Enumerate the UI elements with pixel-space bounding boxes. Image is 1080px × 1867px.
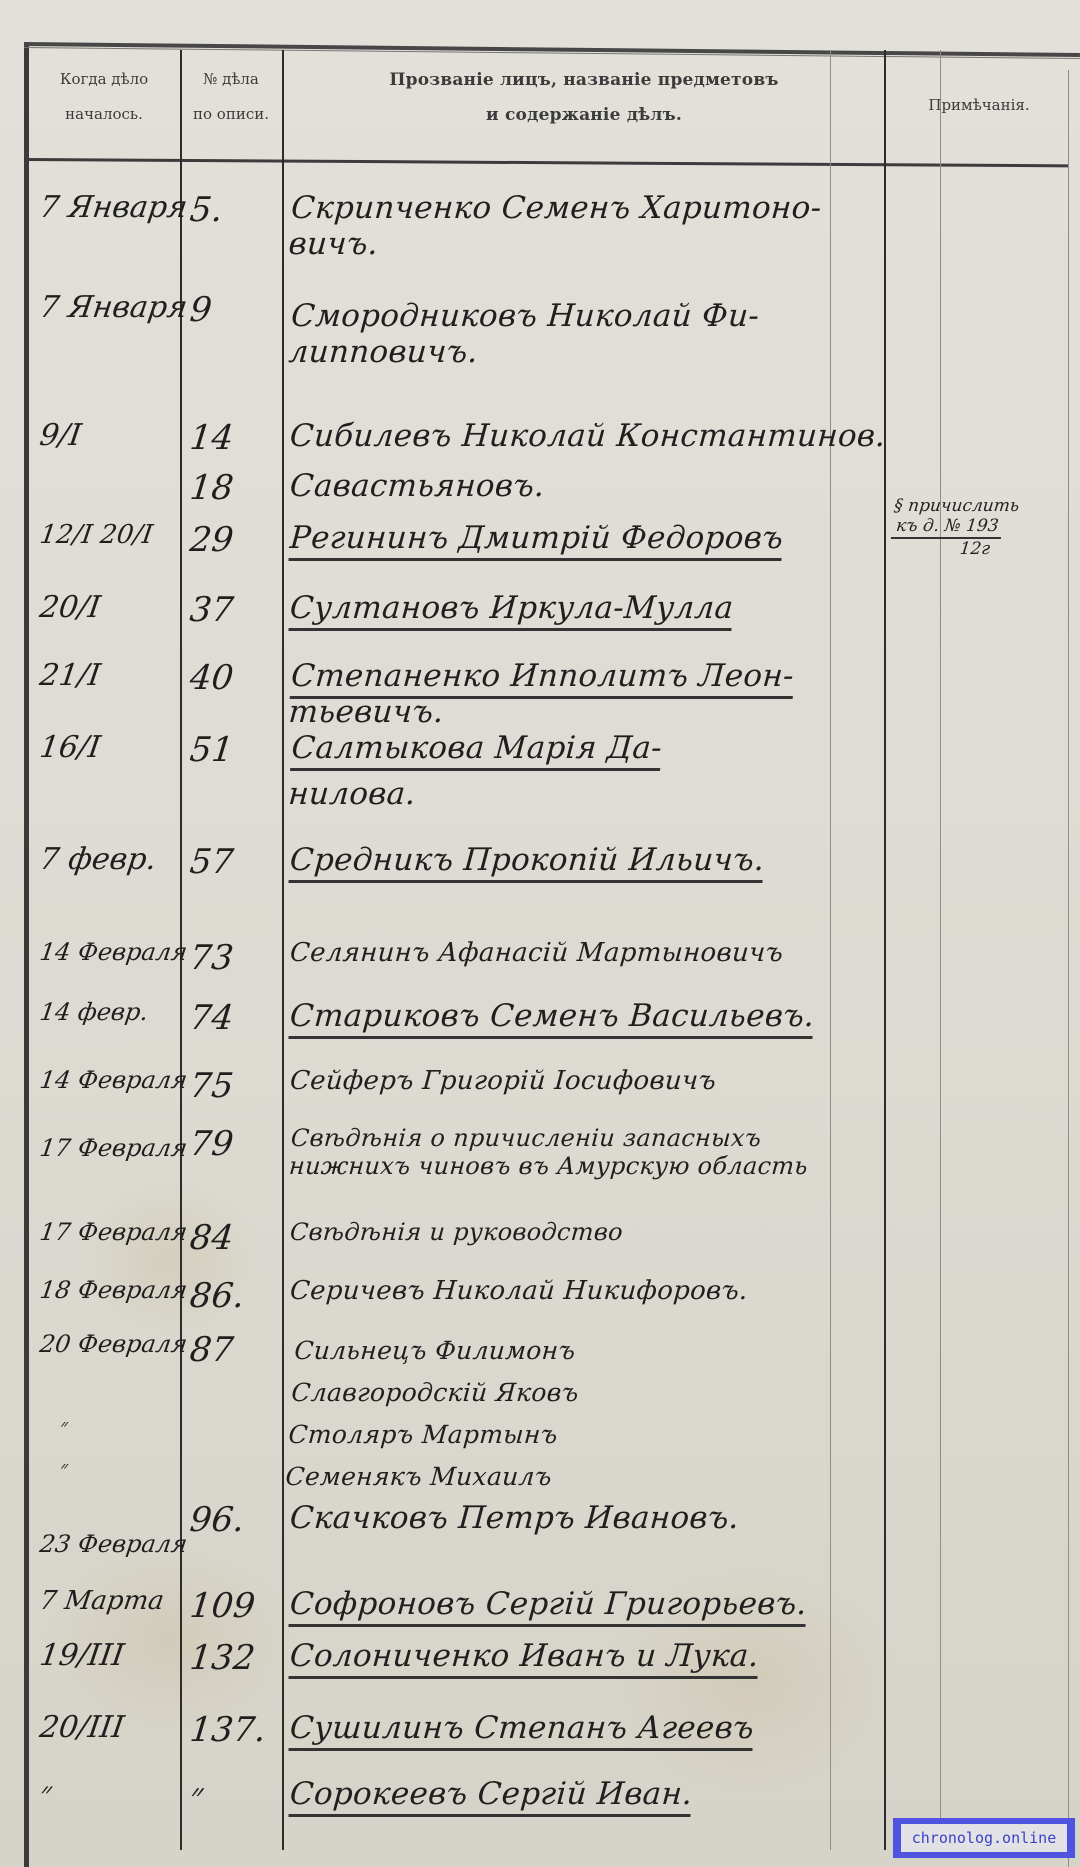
row-name: Савастьяновъ. xyxy=(289,468,892,504)
row-number: 74 xyxy=(188,998,282,1038)
row-note: § причислить къ д. № 193 12г xyxy=(889,496,1076,559)
row-name: Средникъ Прокопій Ильичъ. xyxy=(289,842,892,878)
row-date: 21/I xyxy=(38,658,183,693)
row-date: 12/I 20/I xyxy=(38,520,182,550)
page-edge-line xyxy=(1068,70,1069,1867)
row-name: Сильнецъ Филимонъ Славгородскій Яковъ Ст… xyxy=(284,1330,896,1498)
row-name: Селянинъ Афанасій Мартыновичъ xyxy=(289,938,891,968)
row-number: 14 xyxy=(188,418,282,458)
row-number: 40 xyxy=(188,658,282,698)
watermark-badge: chronolog.online xyxy=(893,1818,1075,1858)
row-number: 75 xyxy=(188,1066,282,1106)
row-date: 20 Февраля xyxy=(38,1330,182,1358)
row-name: Смородниковъ Николай Фи- липповичъ. xyxy=(287,298,892,370)
row-number: 79 xyxy=(188,1124,282,1164)
row-date: 14 Февраля xyxy=(38,1066,182,1094)
row-name: Солониченко Иванъ и Лука. xyxy=(289,1638,892,1674)
row-date: 16/I xyxy=(38,730,183,765)
row-name: Скачковъ Петръ Ивановъ. xyxy=(289,1500,892,1536)
row-number: 5. xyxy=(188,190,282,230)
row-number: 73 xyxy=(188,938,282,978)
row-date: 19/III xyxy=(38,1638,183,1673)
row-date: 14 Февраля xyxy=(38,938,182,966)
row-number: ״ xyxy=(188,1776,282,1816)
row-name: Софроновъ Сергій Григорьевъ. xyxy=(289,1586,892,1622)
row-date: 7 Марта xyxy=(38,1586,182,1616)
header-notes: Примѣчанія. xyxy=(884,98,1074,113)
row-number: 132 xyxy=(188,1638,282,1678)
row-name: Скрипченко Семенъ Харитоно- вичъ. xyxy=(287,190,892,262)
row-number: 9 xyxy=(188,290,282,330)
row-number: 29 xyxy=(188,520,282,560)
row-date: 14 февр. xyxy=(38,998,182,1026)
row-number: 18 xyxy=(188,468,282,508)
row-name: Сушилинъ Степанъ Агеевъ xyxy=(289,1710,892,1746)
row-date: 17 Февраля xyxy=(38,1134,182,1162)
row-name: Сейферъ Григорій Іосифовичъ xyxy=(289,1066,891,1096)
faint-guide-line xyxy=(940,50,941,1850)
header-date: Когда дѣло началось. xyxy=(30,72,178,122)
row-number: 51 xyxy=(188,730,282,770)
row-name: Султановъ Иркула-Мулла xyxy=(289,590,892,626)
header-number: № дѣла по описи. xyxy=(180,72,282,122)
row-date: 18 Февраля xyxy=(38,1276,182,1304)
row-name: Регининъ Дмитрій Федоровъ xyxy=(289,520,892,556)
row-name: Салтыкова Марія Да- нилова. xyxy=(287,730,893,812)
row-name: Степаненко Ипполитъ Леон- тьевичъ. xyxy=(287,658,892,730)
column-divider-number xyxy=(282,50,284,1850)
row-date: 7 Января xyxy=(38,290,183,325)
row-date: ״ xyxy=(38,1776,183,1811)
row-number: 86. xyxy=(188,1276,282,1316)
row-number: 96. xyxy=(188,1500,282,1540)
row-date: 20/III xyxy=(38,1710,183,1745)
row-date: 17 Февраля xyxy=(38,1218,182,1246)
ditto-mark: ״ xyxy=(58,1456,202,1481)
row-date: 20/I xyxy=(38,590,183,625)
row-name: Стариковъ Семенъ Васильевъ. xyxy=(289,998,892,1034)
header-subject: Прозваніе лицъ, названіе предметовъ и со… xyxy=(284,72,884,124)
row-number: 87 xyxy=(188,1330,282,1370)
row-date: 7 февр. xyxy=(38,842,183,877)
row-number: 57 xyxy=(188,842,282,882)
row-date: 7 Января xyxy=(38,190,183,225)
ditto-mark: ״ xyxy=(58,1414,202,1439)
row-name: Серичевъ Николай Никифоровъ. xyxy=(289,1276,891,1306)
row-date: 23 Февраля xyxy=(38,1530,182,1558)
ledger-page: Когда дѣло началось. № дѣла по описи. Пр… xyxy=(0,0,1080,1867)
row-name: Сибилевъ Николай Константинов. xyxy=(289,418,892,454)
row-name: Сорокеевъ Сергій Иван. xyxy=(289,1776,892,1812)
row-name: Свѣдѣнія о причисленіи запасныхъ нижнихъ… xyxy=(288,1124,892,1180)
row-date: 9/I xyxy=(38,418,183,453)
row-name: Свѣдѣнія и руководство xyxy=(289,1218,891,1246)
row-number: 109 xyxy=(188,1586,282,1626)
row-number: 137. xyxy=(188,1710,282,1750)
row-number: 37 xyxy=(188,590,282,630)
watermark-text: chronolog.online xyxy=(901,1824,1067,1852)
row-number: 84 xyxy=(188,1218,282,1258)
